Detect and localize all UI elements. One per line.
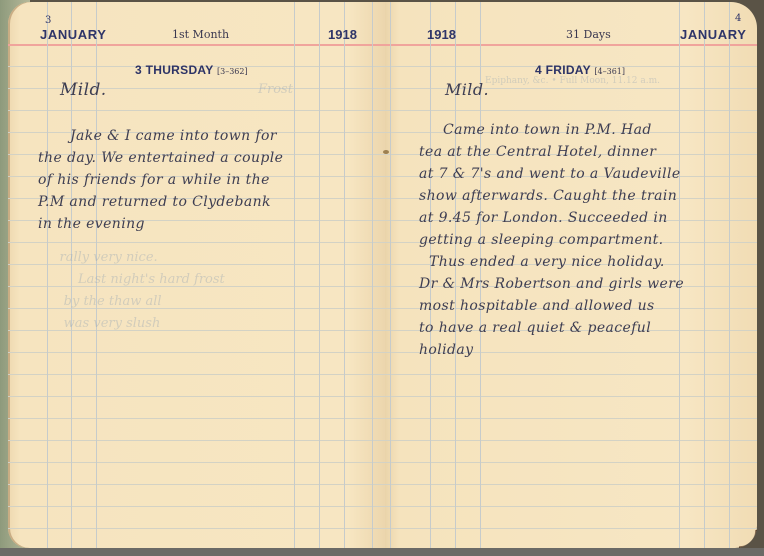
diary-page-right: 1918 31 Days 4 JANUARY 4 FRIDAY [4–361] …: [385, 2, 757, 548]
entry-line: the day. We entertained a couple: [38, 150, 283, 166]
diary-page-left: 3 JANUARY 1st Month 1918 3 THURSDAY [3–3…: [8, 2, 385, 548]
column-rule: [344, 2, 345, 548]
page-number: 4: [735, 13, 741, 24]
page-corner-shadow: [739, 530, 757, 548]
month-subtitle: 31 Days: [566, 28, 611, 41]
ruled-line: [385, 462, 757, 463]
column-rule: [390, 2, 391, 548]
bleed-through-text: Epiphany, &c. • Full Moon, 11.12 a.m.: [485, 76, 660, 86]
weather-note: Mild.: [60, 80, 107, 100]
entry-line: holiday: [419, 342, 473, 358]
year-label: 1918: [328, 27, 357, 42]
bleed-through-text: Last night's hard frost: [78, 272, 225, 287]
ruled-line: [8, 242, 385, 243]
entry-line: Dr & Mrs Robertson and girls were: [419, 276, 684, 292]
ruled-line: [8, 396, 385, 397]
column-rule: [704, 2, 705, 548]
entry-line: Thus ended a very nice holiday.: [429, 254, 665, 270]
ruled-line: [385, 484, 757, 485]
month-label: JANUARY: [680, 27, 747, 42]
column-rule: [294, 2, 295, 548]
ruled-line: [8, 484, 385, 485]
ruled-line: [385, 418, 757, 419]
bleed-through-text: Frost: [258, 82, 293, 97]
day-heading-text: 3 THURSDAY: [135, 63, 213, 77]
ruled-line: [385, 374, 757, 375]
entry-line: tea at the Central Hotel, dinner: [419, 144, 656, 160]
ruled-line: [385, 440, 757, 441]
bleed-through-text: by the thaw all: [43, 294, 162, 309]
ruled-line: [8, 528, 385, 529]
ruled-line: [8, 506, 385, 507]
column-rule: [47, 2, 48, 548]
ruled-line: [8, 440, 385, 441]
column-rule: [319, 2, 320, 548]
entry-line: at 9.45 for London. Succeeded in: [419, 210, 668, 226]
entry-line: show afterwards. Caught the train: [419, 188, 677, 204]
entry-line: P.M and returned to Clydebank: [38, 194, 271, 210]
header-red-rule: [8, 44, 385, 46]
ruled-line: [8, 462, 385, 463]
backdrop: [0, 548, 764, 556]
entry-line: of his friends for a while in the: [38, 172, 270, 188]
ruled-line: [8, 110, 385, 111]
ruled-line: [8, 418, 385, 419]
ruled-line: [385, 110, 757, 111]
column-rule: [430, 2, 431, 548]
entry-line: Came into town in P.M. Had: [443, 122, 652, 138]
day-of-year-range: [4–361]: [594, 67, 625, 76]
ruled-line: [8, 374, 385, 375]
month-label: JANUARY: [40, 27, 107, 42]
bleed-through-text: rally very nice.: [43, 250, 158, 265]
ruled-line: [385, 88, 757, 89]
day-of-year-range: [3–362]: [217, 67, 248, 76]
month-subtitle: 1st Month: [172, 28, 229, 41]
entry-line: at 7 & 7's and went to a Vaudeville: [419, 166, 681, 182]
entry-line: in the evening: [38, 216, 145, 232]
ruled-line: [385, 396, 757, 397]
weather-note: Mild.: [445, 80, 489, 99]
year-label: 1918: [427, 27, 456, 42]
ink-spot: [383, 150, 389, 154]
column-rule: [729, 2, 730, 548]
entry-line: most hospitable and allowed us: [419, 298, 655, 314]
entry-line: to have a real quiet & peaceful: [419, 320, 651, 336]
entry-line: Jake & I came into town for: [70, 128, 277, 144]
column-rule: [372, 2, 373, 548]
entry-line: getting a sleeping compartment.: [419, 232, 664, 248]
ruled-line: [385, 506, 757, 507]
day-heading: 3 THURSDAY [3–362]: [135, 63, 248, 77]
column-rule: [679, 2, 680, 548]
page-number: 3: [45, 15, 51, 26]
day-heading-text: 4 FRIDAY: [535, 63, 591, 77]
ruled-line: [385, 528, 757, 529]
header-red-rule: [385, 44, 757, 46]
ruled-line: [8, 352, 385, 353]
day-heading: 4 FRIDAY [4–361]: [535, 63, 625, 77]
bleed-through-text: was very slush: [43, 316, 160, 331]
